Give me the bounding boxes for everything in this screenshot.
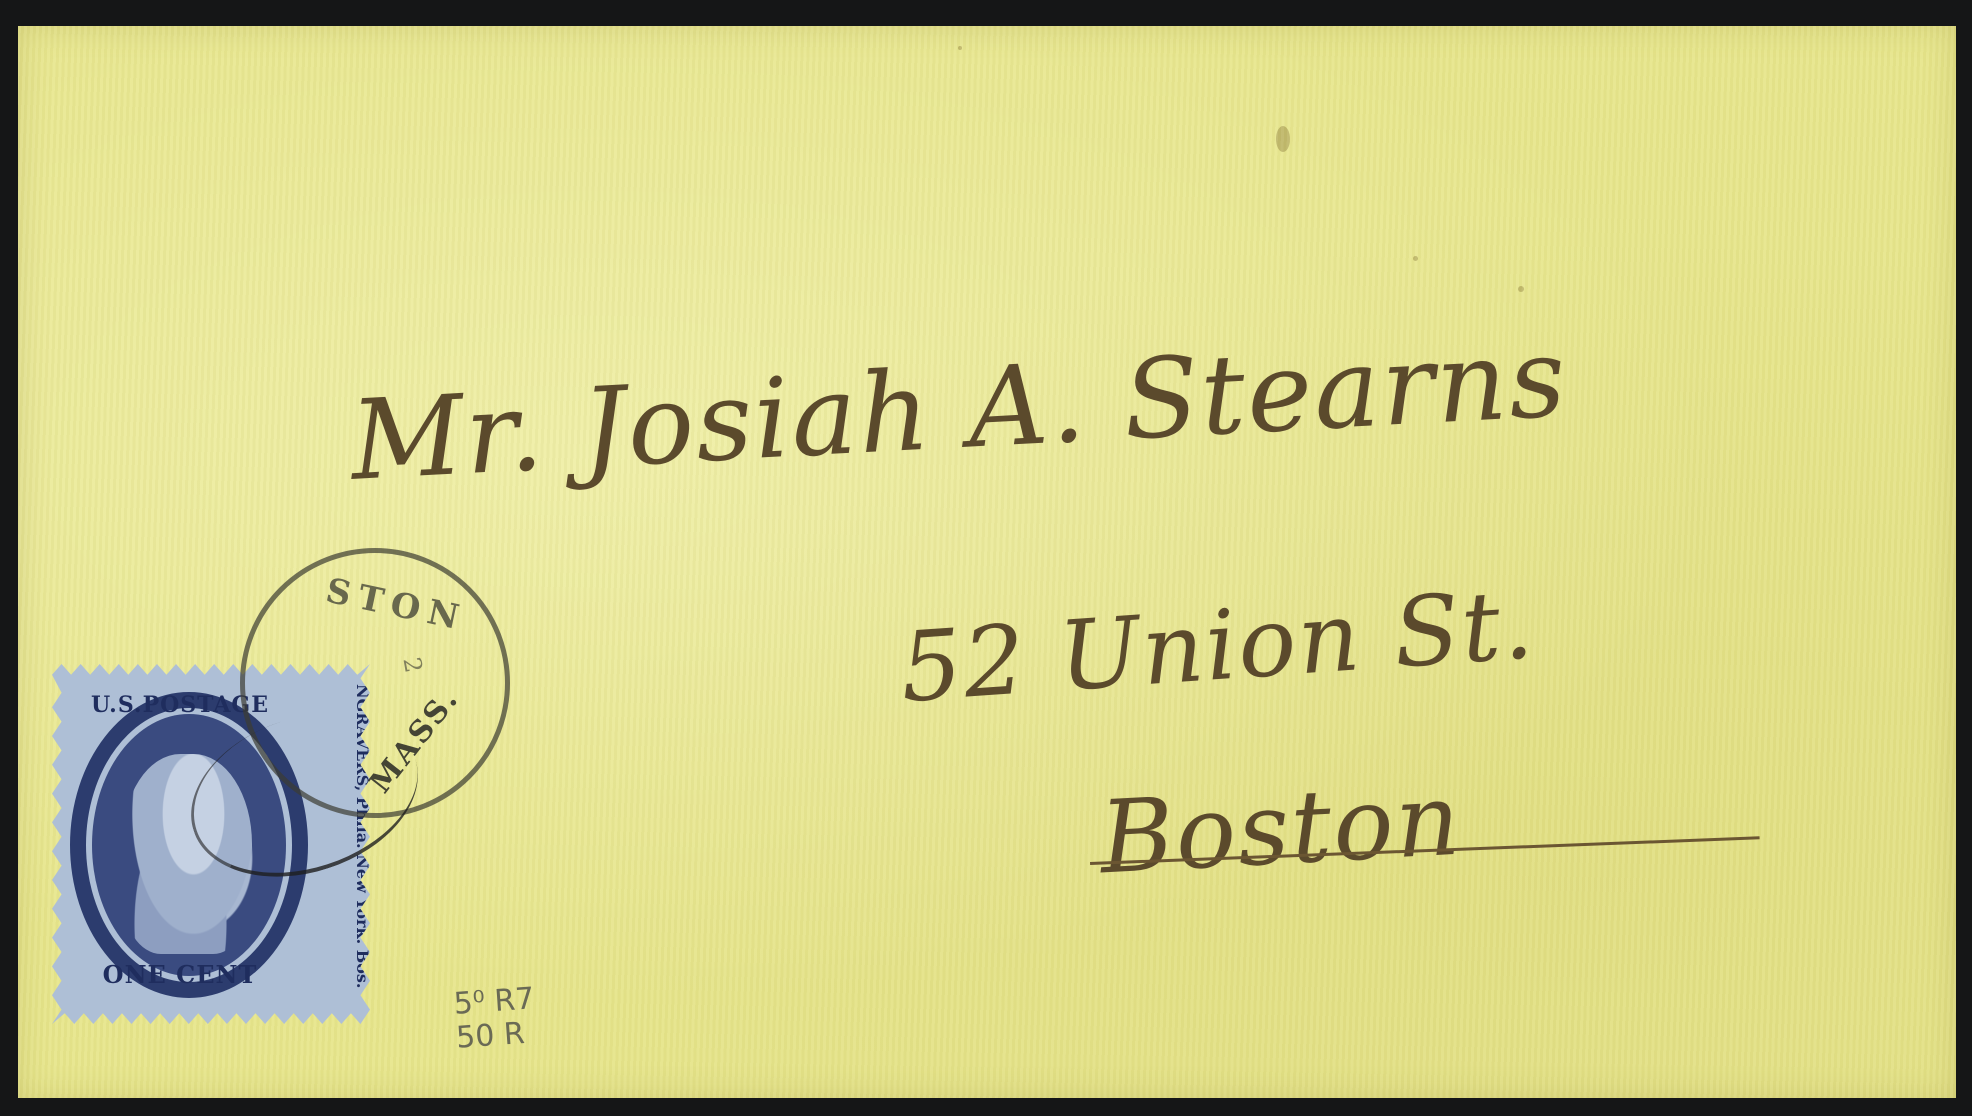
pencil-line-2: 50 R: [455, 1016, 538, 1056]
stain-spot: [958, 46, 962, 50]
postmark-date: 2: [398, 655, 428, 675]
stain-spot: [1276, 126, 1290, 152]
postmark-town: STON: [322, 571, 470, 640]
pencil-notation: 5⁰ R7 50 R: [453, 982, 538, 1055]
stain-spot: [1518, 286, 1524, 292]
address-city: Boston: [1097, 761, 1464, 897]
stamp-denomination: ONE CENT: [52, 960, 308, 989]
stain-spot: [1413, 256, 1418, 261]
